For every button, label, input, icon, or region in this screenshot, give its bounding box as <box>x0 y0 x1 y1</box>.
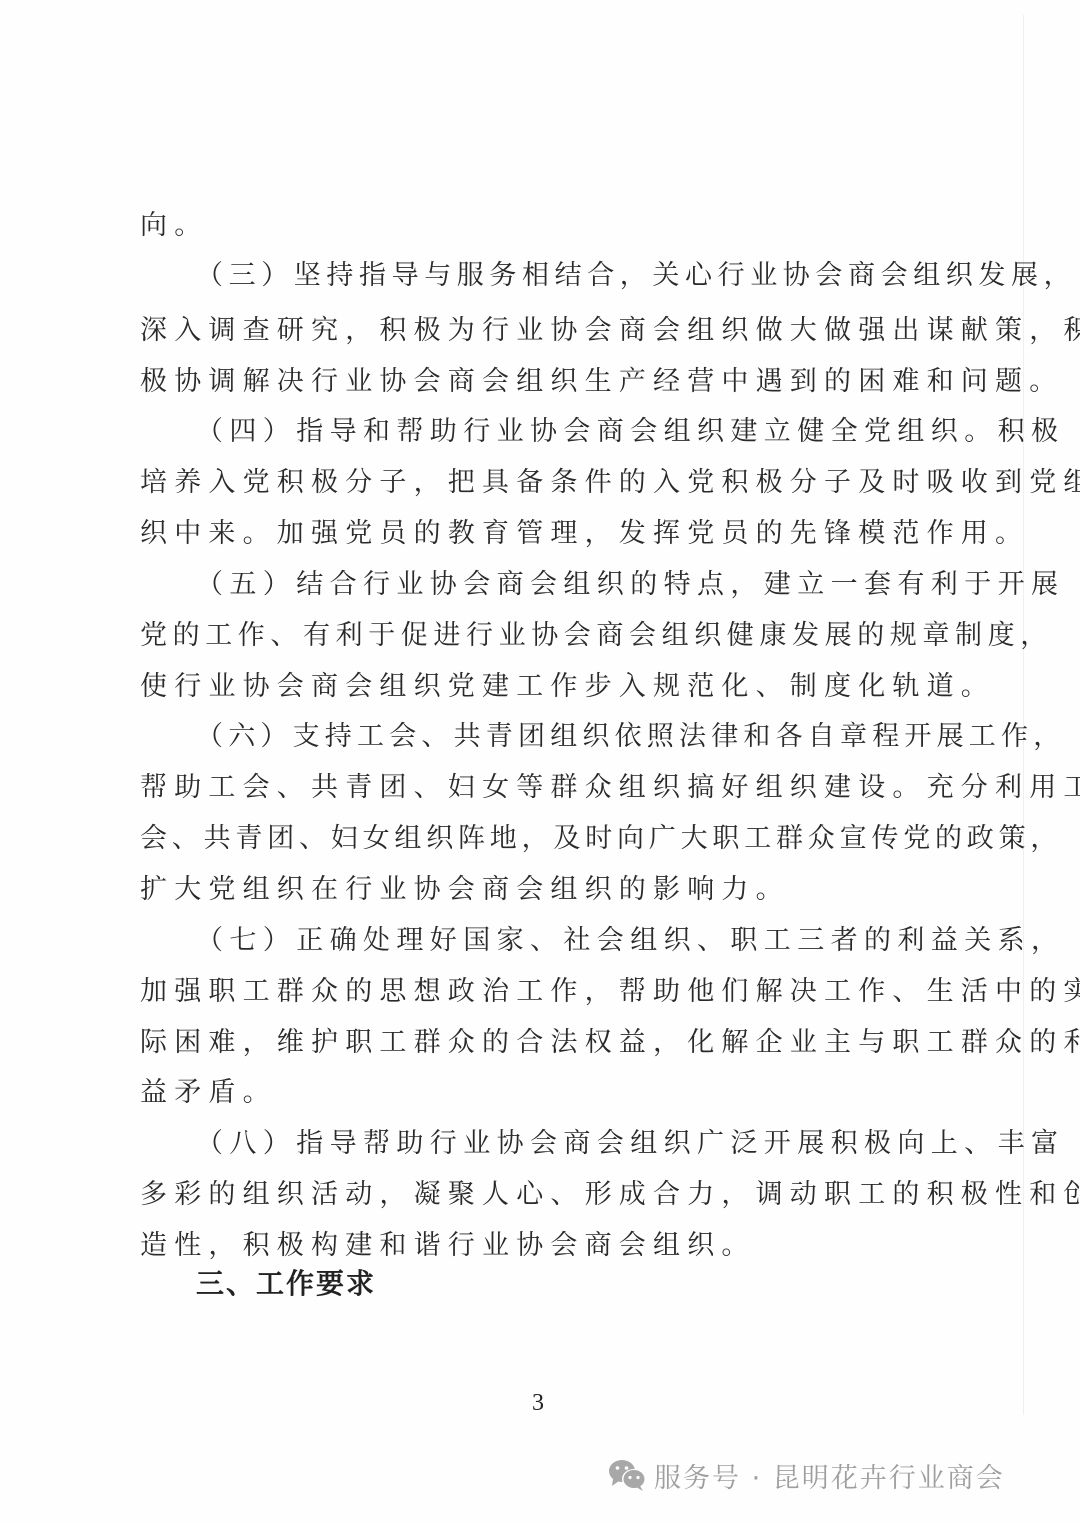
paragraph-8-line-1: （八）指导帮助行业协会商会组织广泛开展积极向上、丰富 <box>196 1126 1016 1162</box>
text-line: 加强职工群众的思想政治工作，帮助他们解决工作、生活中的实 <box>140 974 960 1010</box>
paragraph-7-line-1: （七）正确处理好国家、社会组织、职工三者的利益关系， <box>196 923 1016 959</box>
text-line: 扩大党组织在行业协会商会组织的影响力。 <box>140 872 960 908</box>
text-line: 使行业协会商会组织党建工作步入规范化、制度化轨道。 <box>140 669 960 705</box>
text-line: 帮助工会、共青团、妇女等群众组织搞好组织建设。充分利用工 <box>140 770 960 806</box>
paragraph-6-line-1: （六）支持工会、共青团组织依照法律和各自章程开展工作， <box>196 719 1016 755</box>
wechat-icon <box>608 1458 648 1492</box>
paragraph-5-line-1: （五）结合行业协会商会组织的特点，建立一套有利于开展 <box>196 567 1016 603</box>
watermark-text: 服务号 · 昆明花卉行业商会 <box>654 1456 1005 1495</box>
text-line: 党的工作、有利于促进行业协会商会组织健康发展的规章制度， <box>140 618 960 654</box>
text-line: 向。 <box>140 208 960 244</box>
text-line: 多彩的组织活动，凝聚人心、形成合力，调动职工的积极性和创 <box>140 1177 960 1213</box>
text-line: 会、共青团、妇女组织阵地，及时向广大职工群众宣传党的政策， <box>140 821 960 857</box>
account-watermark: 服务号 · 昆明花卉行业商会 <box>608 1455 1005 1495</box>
text-line: 极协调解决行业协会商会组织生产经营中遇到的困难和问题。 <box>140 364 960 400</box>
page-number: 3 <box>532 1390 544 1417</box>
paragraph-4-line-1: （四）指导和帮助行业协会商会组织建立健全党组织。积极 <box>196 414 1016 450</box>
paragraph-3-line-1: （三）坚持指导与服务相结合，关心行业协会商会组织发展， <box>196 258 960 294</box>
text-line: 织中来。加强党员的教育管理，发挥党员的先锋模范作用。 <box>140 516 960 552</box>
text-line: 益矛盾。 <box>140 1075 960 1111</box>
text-line: 造性，积极构建和谐行业协会商会组织。 <box>140 1228 960 1264</box>
text-line: 深入调查研究，积极为行业协会商会组织做大做强出谋献策，积 <box>140 313 960 349</box>
section-heading: 三、工作要求 <box>196 1266 376 1302</box>
text-line: 培养入党积极分子，把具备条件的入党积极分子及时吸收到党组 <box>140 465 960 501</box>
text-line: 际困难，维护职工群众的合法权益，化解企业主与职工群众的利 <box>140 1025 960 1061</box>
document-page: 向。 （三）坚持指导与服务相结合，关心行业协会商会组织发展， 深入调查研究，积极… <box>0 0 1080 1522</box>
